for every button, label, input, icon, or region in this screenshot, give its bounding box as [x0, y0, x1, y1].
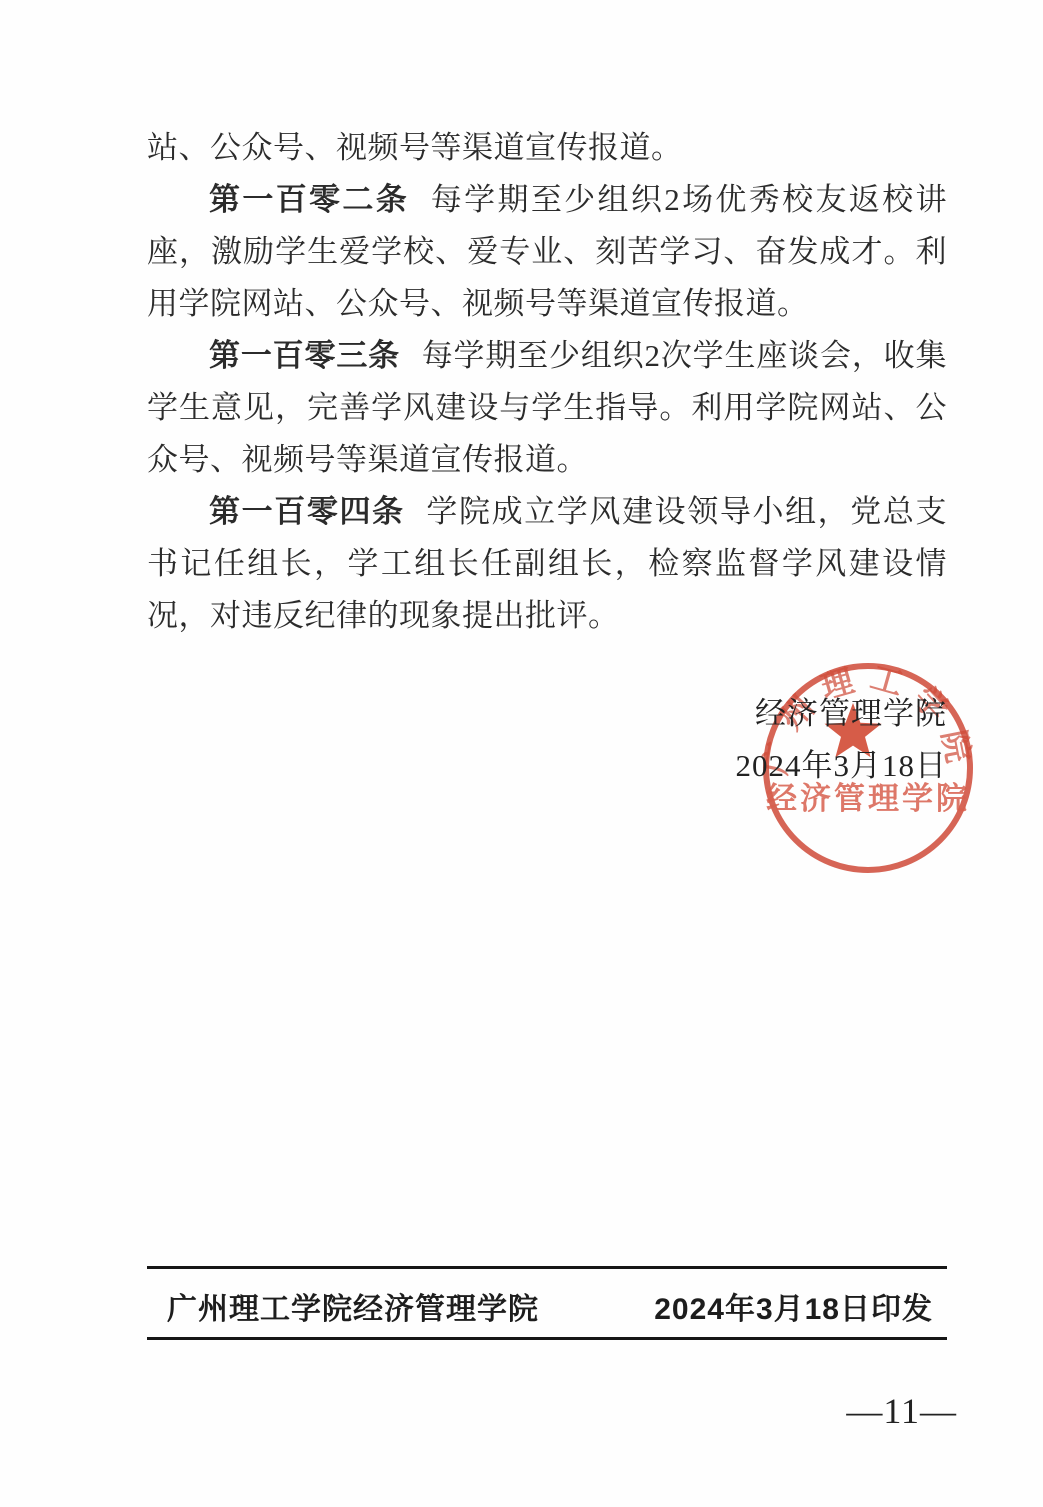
footer-rule-top — [147, 1266, 947, 1269]
article-number: 第一百零三条 — [209, 338, 400, 373]
footer-rule-bottom — [147, 1337, 947, 1340]
footer-issuer: 广州理工学院经济管理学院 — [147, 1284, 539, 1328]
footer: 广州理工学院经济管理学院 2024年3月18日印发 — [147, 1284, 947, 1328]
body-paragraph: 第一百零三条每学期至少组织2次学生座谈会，收集学生意见，完善学风建设与学生指导。… — [147, 330, 947, 486]
body-paragraph: 站、公众号、视频号等渠道宣传报道。 — [147, 122, 947, 174]
footer-print-date: 2024年3月18日印发 — [654, 1284, 947, 1328]
article-number: 第一百零四条 — [209, 494, 405, 529]
body-paragraph: 第一百零四条学院成立学风建设领导小组，党总支书记任组长，学工组长任副组长，检察监… — [147, 486, 947, 642]
document-page: 站、公众号、视频号等渠道宣传报道。 第一百零二条每学期至少组织2场优秀校友返校讲… — [0, 0, 1043, 1507]
paragraph-text: 站、公众号、视频号等渠道宣传报道。 — [147, 130, 683, 165]
document-body: 站、公众号、视频号等渠道宣传报道。 第一百零二条每学期至少组织2场优秀校友返校讲… — [147, 122, 947, 642]
signature-date: 2024年3月18日 — [736, 740, 948, 792]
page-number: —11— — [846, 1390, 957, 1432]
body-paragraph: 第一百零二条每学期至少组织2场优秀校友返校讲座，激励学生爱学校、爱专业、刻苦学习… — [147, 174, 947, 330]
signature-org: 经济管理学院 — [736, 688, 948, 740]
article-number: 第一百零二条 — [209, 182, 409, 217]
signature-block: 经济管理学院 2024年3月18日 — [736, 688, 948, 792]
